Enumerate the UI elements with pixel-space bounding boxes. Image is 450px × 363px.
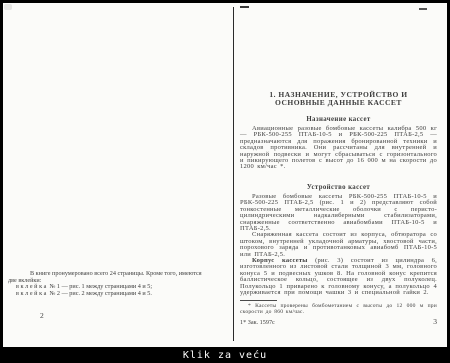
footnote-rule	[240, 300, 277, 301]
page-number-left: 2	[40, 311, 44, 320]
paragraph-text: Авиационные разовые бомбовые кассеты кал…	[240, 126, 437, 171]
chapter-heading-line2: ОСНОВНЫЕ ДАННЫЕ КАССЕТ	[240, 99, 437, 107]
book-gutter-shadow	[233, 7, 234, 341]
scan-mark	[240, 6, 249, 8]
caption-label: Klik za veću	[183, 350, 267, 361]
paragraphs-ustroystvo: Разовые бомбовые кассеты РБК-500-255 ПТА…	[240, 194, 437, 297]
paragraph-korpus: Корпус кассеты (рис. 3) состоит из цилин…	[240, 258, 437, 296]
imprint-row: 1* Зак. 1597с 3	[240, 317, 437, 326]
paragraph-text: Разовые бомбовые кассеты РБК-500-255 ПТА…	[240, 194, 437, 232]
footnote: * Кассеты проверены бомбометанием с высо…	[240, 303, 437, 315]
footnote-text: * Кассеты проверены бомбометанием с высо…	[240, 303, 437, 315]
binding-note-line: вклейка № 2 — рис. 2 между страницами 4 …	[8, 291, 226, 298]
section-heading-ustroystvo: Устройство кассет	[240, 184, 437, 191]
chapter-heading: 1. НАЗНАЧЕНИЕ, УСТРОЙСТВО И ОСНОВНЫЕ ДАН…	[240, 91, 437, 107]
section-heading-naznachenie: Назначение кассет	[240, 116, 437, 123]
scan-mark	[419, 8, 427, 10]
paragraph-text: Снаряженная кассета состоит из корпуса, …	[240, 232, 437, 258]
caption-bar[interactable]: Klik za veću	[0, 347, 450, 363]
print-imprint: 1* Зак. 1597с	[240, 319, 275, 326]
binding-note: В книге пронумеровано всего 24 страницы.…	[8, 271, 226, 297]
scan-smudge	[4, 4, 12, 10]
paragraph-naznachenie: Авиационные разовые бомбовые кассеты кал…	[240, 126, 437, 171]
page-number-right: 3	[433, 317, 437, 326]
